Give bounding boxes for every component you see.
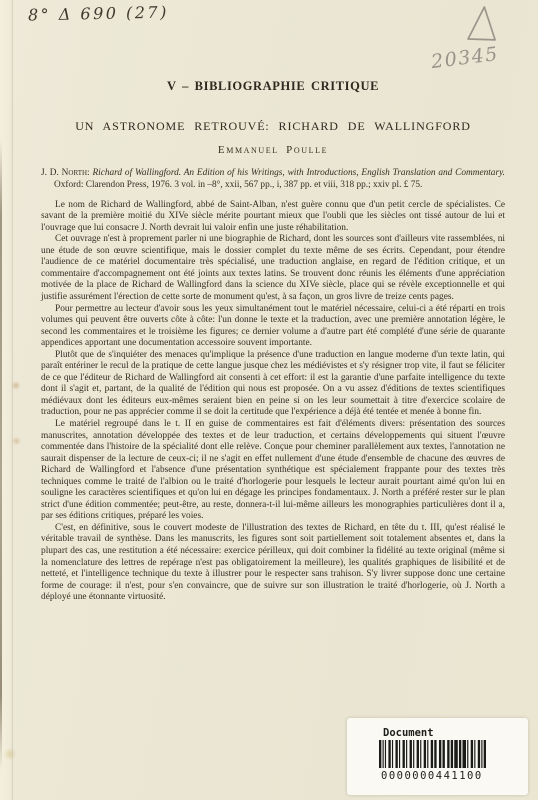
barcode-icon [379, 740, 486, 768]
body-paragraph: Pour permettre au lecteur d'avoir sous l… [41, 304, 505, 350]
reference-citation: J. D. North: Richard of Wallingford. An … [41, 168, 505, 192]
reference-author: J. D. North: [41, 168, 90, 178]
barcode-sticker: Document 0000000441100 [347, 718, 528, 795]
author-name: Emmanuel Poulle [41, 144, 505, 156]
scanned-document-page: 8° Δ 690 (27) 20345 V – BIBLIOGRAPHIE CR… [0, 0, 538, 800]
body-paragraph: C'est, en définitive, sous le couvert mo… [41, 523, 505, 604]
body-paragraph: Cet ouvrage n'est à proprement parler ni… [41, 234, 505, 303]
body-paragraph: Plutôt que de s'inquiéter des menaces qu… [41, 350, 505, 419]
article-body: Le nom de Richard de Wallingford, abbé d… [41, 200, 505, 604]
body-paragraph: Le nom de Richard de Wallingford, abbé d… [41, 200, 505, 235]
body-paragraph: Le matériel regroupé dans le t. II en gu… [41, 419, 505, 523]
reference-details: Oxford: Clarendon Press, 1976. 3 vol. in… [54, 180, 422, 190]
foxing-spot [11, 381, 21, 390]
barcode-number: 0000000441100 [381, 770, 528, 782]
reference-title: Richard of Wallingford. An Edition of hi… [92, 168, 505, 178]
text-column: V – BIBLIOGRAPHIE CRITIQUE UN ASTRONOME … [41, 0, 505, 604]
section-heading: V – BIBLIOGRAPHIE CRITIQUE [41, 79, 505, 94]
article-title: UN ASTRONOME RETROUVÉ: RICHARD DE WALLIN… [41, 119, 505, 134]
page-edge-shadow [0, 140, 2, 770]
foxing-spot [12, 436, 21, 446]
foxing-spot [3, 748, 17, 760]
barcode-label-title: Document [383, 727, 528, 739]
